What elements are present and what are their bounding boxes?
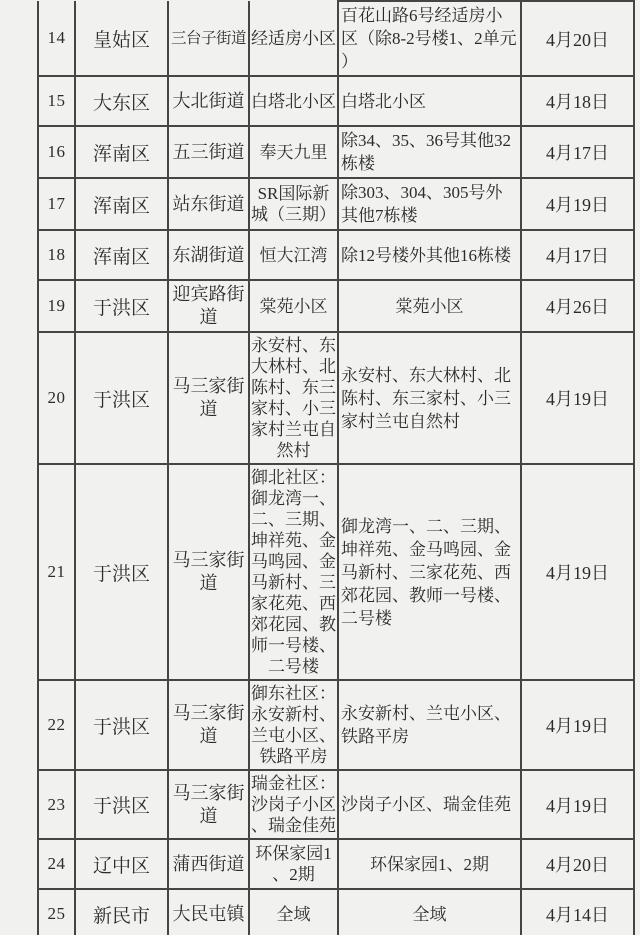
community-cell: 棠苑小区 (249, 280, 338, 332)
scope-cell: 除303、304、305号外其他7栋楼 (338, 178, 521, 230)
date-cell: 4月14日 (521, 889, 634, 935)
date-cell: 4月19日 (521, 178, 634, 230)
scope-cell: 百花山路6号经适房小区（除8-2号楼1、2单元） (338, 1, 521, 76)
date-cell: 4月19日 (521, 332, 634, 464)
table-row: 17 浑南区 站东街道 SR国际新城（三期） 除303、304、305号外其他7… (38, 178, 634, 230)
table-row: 20 于洪区 马三家街道 永安村、东大林村、北陈村、东三家村、小三家村兰屯自然村… (38, 332, 634, 464)
scope-cell: 永安村、东大林村、北陈村、东三家村、小三家村兰屯自然村 (338, 332, 521, 464)
scope-cell: 环保家园1、2期 (338, 839, 521, 889)
community-cell: 环保家园1、2期 (249, 839, 338, 889)
page: 14 皇姑区 三台子街道 经适房小区 百花山路6号经适房小区（除8-2号楼1、2… (37, 0, 633, 935)
district-cell: 于洪区 (75, 680, 168, 770)
community-cell: 经适房小区 (249, 1, 338, 76)
street-cell: 马三家街道 (168, 332, 249, 464)
row-number-cell: 19 (38, 280, 75, 332)
row-number-cell: 18 (38, 230, 75, 280)
row-number-cell: 15 (38, 76, 75, 126)
district-cell: 浑南区 (75, 230, 168, 280)
table-row: 19 于洪区 迎宾路街道 棠苑小区 棠苑小区 4月26日 (38, 280, 634, 332)
row-number-cell: 22 (38, 680, 75, 770)
street-cell: 马三家街道 (168, 680, 249, 770)
row-number-cell: 24 (38, 839, 75, 889)
street-cell: 马三家街道 (168, 464, 249, 680)
district-cell: 大东区 (75, 76, 168, 126)
row-number-cell: 21 (38, 464, 75, 680)
community-cell: 瑞金社区：沙岗子小区、瑞金佳苑 (249, 770, 338, 839)
date-cell: 4月20日 (521, 839, 634, 889)
community-cell: 白塔北小区 (249, 76, 338, 126)
community-cell: SR国际新城（三期） (249, 178, 338, 230)
scope-cell: 除34、35、36号其他32栋楼 (338, 126, 521, 178)
date-cell: 4月19日 (521, 680, 634, 770)
date-cell: 4月17日 (521, 126, 634, 178)
table-row: 18 浑南区 东湖街道 恒大江湾 除12号楼外其他16栋楼 4月17日 (38, 230, 634, 280)
district-cell: 浑南区 (75, 178, 168, 230)
district-cell: 于洪区 (75, 332, 168, 464)
table-row: 15 大东区 大北街道 白塔北小区 白塔北小区 4月18日 (38, 76, 634, 126)
street-cell: 蒲西街道 (168, 839, 249, 889)
row-number-cell: 23 (38, 770, 75, 839)
date-cell: 4月20日 (521, 1, 634, 76)
scope-cell: 除12号楼外其他16栋楼 (338, 230, 521, 280)
community-cell: 御北社区：御龙湾一、二、三期、坤祥苑、金马鸣园、金马新村、三家花苑、西郊花园、教… (249, 464, 338, 680)
date-cell: 4月17日 (521, 230, 634, 280)
community-cell: 全域 (249, 889, 338, 935)
table-body: 14 皇姑区 三台子街道 经适房小区 百花山路6号经适房小区（除8-2号楼1、2… (38, 1, 634, 935)
street-cell: 东湖街道 (168, 230, 249, 280)
community-cell: 奉天九里 (249, 126, 338, 178)
table-row: 16 浑南区 五三街道 奉天九里 除34、35、36号其他32栋楼 4月17日 (38, 126, 634, 178)
district-cell: 新民市 (75, 889, 168, 935)
scope-cell: 棠苑小区 (338, 280, 521, 332)
district-cell: 辽中区 (75, 839, 168, 889)
district-cell: 于洪区 (75, 770, 168, 839)
table-row: 14 皇姑区 三台子街道 经适房小区 百花山路6号经适房小区（除8-2号楼1、2… (38, 1, 634, 76)
district-cell: 于洪区 (75, 280, 168, 332)
date-cell: 4月26日 (521, 280, 634, 332)
scope-cell: 御龙湾一、二、三期、坤祥苑、金马鸣园、金马新村、三家花苑、西郊花园、教师一号楼、… (338, 464, 521, 680)
row-number-cell: 25 (38, 889, 75, 935)
street-cell: 马三家街道 (168, 770, 249, 839)
district-cell: 皇姑区 (75, 1, 168, 76)
street-cell: 迎宾路街道 (168, 280, 249, 332)
street-cell: 大民屯镇 (168, 889, 249, 935)
scope-cell: 沙岗子小区、瑞金佳苑 (338, 770, 521, 839)
scope-cell: 白塔北小区 (338, 76, 521, 126)
community-cell: 恒大江湾 (249, 230, 338, 280)
community-cell: 永安村、东大林村、北陈村、东三家村、小三家村兰屯自然村 (249, 332, 338, 464)
row-number-cell: 16 (38, 126, 75, 178)
scope-cell: 全域 (338, 889, 521, 935)
street-cell: 大北街道 (168, 76, 249, 126)
table-row: 22 于洪区 马三家街道 御东社区：永安新村、兰屯小区、铁路平房 永安新村、兰屯… (38, 680, 634, 770)
street-cell: 站东街道 (168, 178, 249, 230)
date-cell: 4月19日 (521, 770, 634, 839)
row-number-cell: 17 (38, 178, 75, 230)
table-row: 21 于洪区 马三家街道 御北社区：御龙湾一、二、三期、坤祥苑、金马鸣园、金马新… (38, 464, 634, 680)
date-cell: 4月19日 (521, 464, 634, 680)
scope-cell: 永安新村、兰屯小区、铁路平房 (338, 680, 521, 770)
row-number-cell: 14 (38, 1, 75, 76)
district-cell: 浑南区 (75, 126, 168, 178)
table-row: 25 新民市 大民屯镇 全域 全域 4月14日 (38, 889, 634, 935)
community-cell: 御东社区：永安新村、兰屯小区、铁路平房 (249, 680, 338, 770)
table-row: 23 于洪区 马三家街道 瑞金社区：沙岗子小区、瑞金佳苑 沙岗子小区、瑞金佳苑 … (38, 770, 634, 839)
street-cell: 五三街道 (168, 126, 249, 178)
street-cell: 三台子街道 (168, 1, 249, 76)
district-cell: 于洪区 (75, 464, 168, 680)
row-number-cell: 20 (38, 332, 75, 464)
district-schedule-table: 14 皇姑区 三台子街道 经适房小区 百花山路6号经适房小区（除8-2号楼1、2… (37, 0, 635, 935)
date-cell: 4月18日 (521, 76, 634, 126)
table-row: 24 辽中区 蒲西街道 环保家园1、2期 环保家园1、2期 4月20日 (38, 839, 634, 889)
